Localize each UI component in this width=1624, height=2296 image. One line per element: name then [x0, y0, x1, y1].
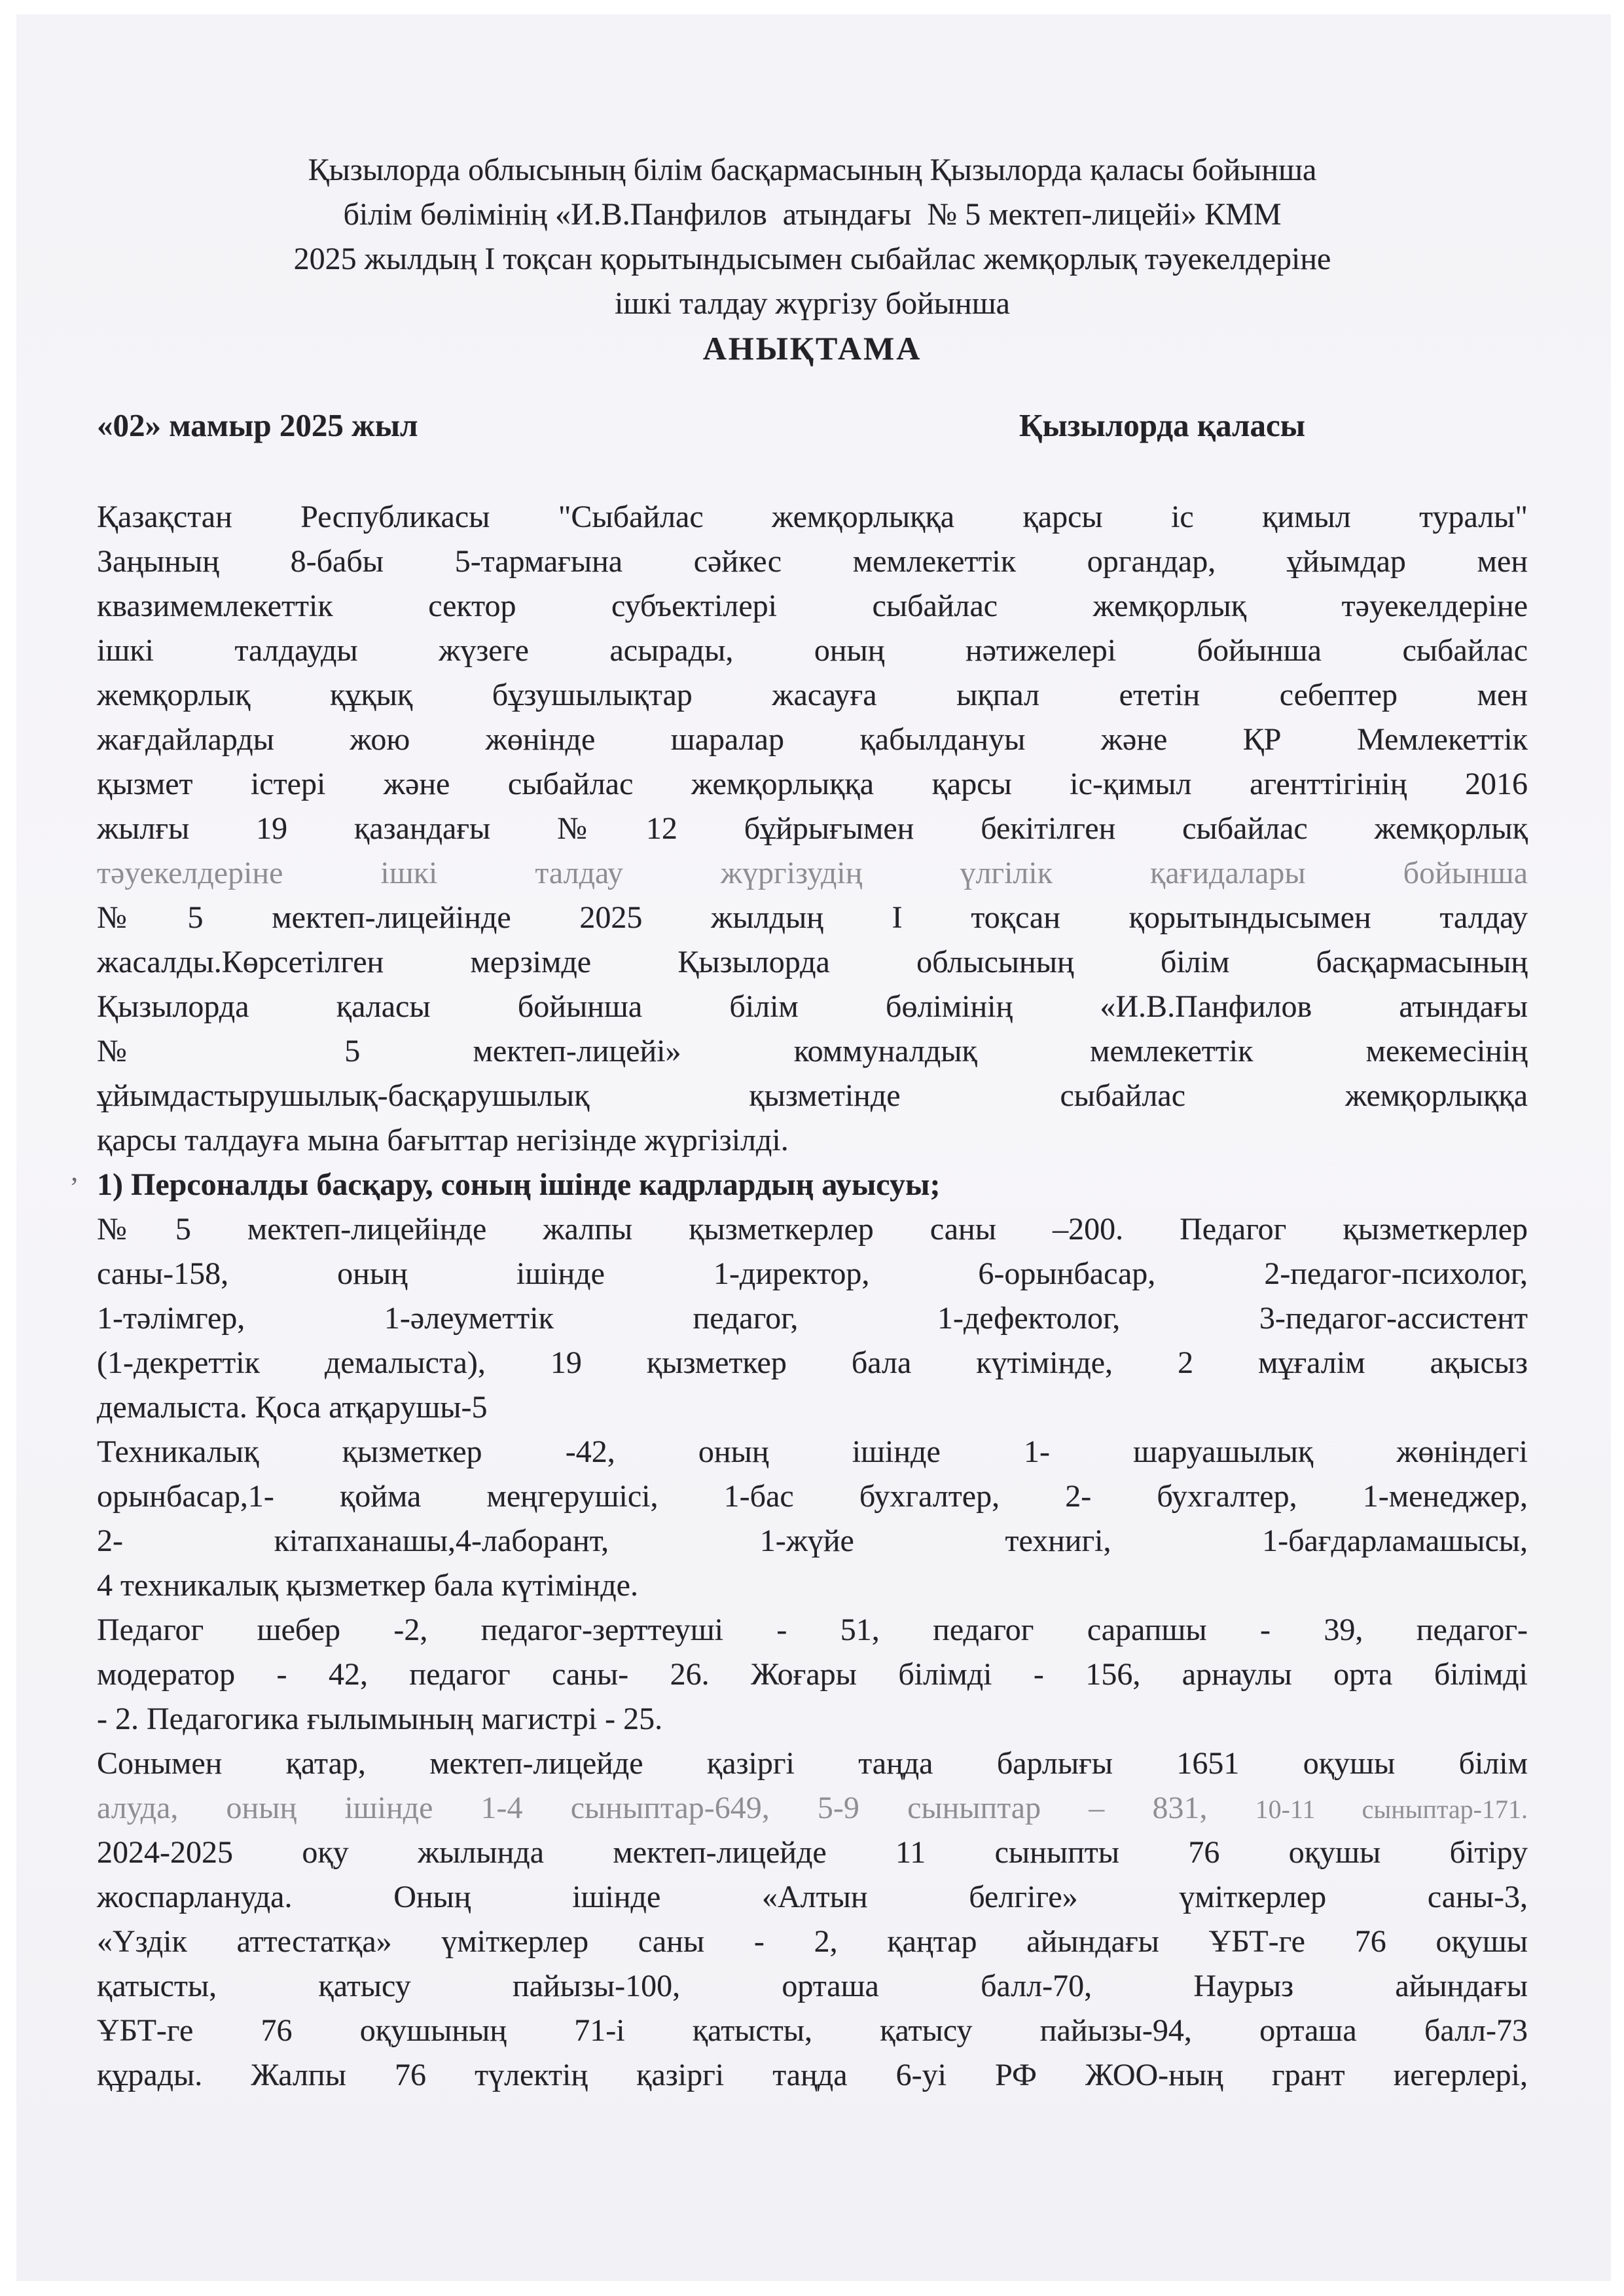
body-line: Заңының 8-бабы 5-тармағына сәйкес мемлек… [97, 539, 1528, 584]
body-line: 4 техникалық қызметкер бала күтімінде. [97, 1563, 1528, 1608]
paragraph-students: Сонымен қатар, мектеп-лицейде қазіргі та… [97, 1741, 1528, 2098]
body-line: квазимемлекеттік сектор субъектілері сыб… [97, 584, 1528, 629]
title-line: 2025 жылдың I тоқсан қорытындысымен сыба… [97, 237, 1528, 282]
body-line: - 2. Педагогика ғылымының магистрі - 25. [97, 1697, 1528, 1741]
body-line: Техникалық қызметкер -42, оның ішінде 1-… [97, 1430, 1528, 1474]
scanned-document-page: { "header": { "title_lines": [ "Қызылорд… [0, 0, 1624, 2296]
body-line: ҰБТ-ге 76 оқушының 71-і қатысты, қатысу … [97, 2009, 1528, 2053]
paragraph-legal-basis: Қазақстан Республикасы "Сыбайлас жемқорл… [97, 495, 1528, 1163]
body-line: №5 мектеп-лицейінде жалпы қызметкерлер с… [97, 1207, 1528, 1252]
document-content: Қызылорда облысының білім басқармасының … [97, 148, 1528, 2098]
body-line: Қызылорда қаласы бойынша білім бөлімінің… [97, 985, 1528, 1029]
title-line: Қызылорда облысының білім басқармасының … [97, 148, 1528, 192]
body-line: ішкі талдауды жүзеге асырады, оның нәтиж… [97, 629, 1528, 673]
body-line: 2024-2025 оқу жылында мектеп-лицейде 11 … [97, 1831, 1528, 1875]
paragraph-technical-staff: Техникалық қызметкер -42, оның ішінде 1-… [97, 1430, 1528, 1608]
body-line-faded: алуда, оның ішінде 1-4 сыныптар-649, 5-9… [97, 1786, 1528, 1831]
body-line: жағдайларды жою жөнінде шаралар қабылдан… [97, 718, 1528, 762]
body-line-faded: тәуекелдеріне ішкі талдау жүргізудің үлг… [97, 851, 1528, 896]
body-line-fragment: алуда, оның ішінде 1-4 сыныптар-649, 5-9… [97, 1791, 1207, 1825]
body-line: орынбасар,1- қойма меңгерушісі, 1-бас бу… [97, 1474, 1528, 1519]
title-line: ішкі талдау жүргізу бойынша [97, 282, 1528, 326]
body-line-fragment-small: 10-11 сыныптар-171. [1255, 1795, 1528, 1824]
body-line: қызмет істері және сыбайлас жемқорлыққа … [97, 762, 1528, 807]
body-line: модератор - 42, педагог саны- 26. Жоғары… [97, 1652, 1528, 1697]
body-line: Сонымен қатар, мектеп-лицейде қазіргі та… [97, 1741, 1528, 1786]
body-line: қатысты, қатысу пайызы-100, орташа балл-… [97, 1964, 1528, 2009]
document-date: «02» мамыр 2025 жыл [97, 403, 418, 448]
body-line: №5 мектеп-лицейінде 2025 жылдың I тоқсан… [97, 896, 1528, 940]
body-line: 2- кітапханашы,4-лаборант, 1-жүйе техниг… [97, 1519, 1528, 1563]
document-city: Қызылорда қаласы [1019, 403, 1305, 448]
paragraph-staff-counts: №5 мектеп-лицейінде жалпы қызметкерлер с… [97, 1207, 1528, 1430]
paragraph-pedagog-categories: Педагог шебер -2, педагог-зерттеуші - 51… [97, 1608, 1528, 1741]
body-line: «Үздік аттестатқа» үміткерлер саны - 2, … [97, 1920, 1528, 1964]
body-line: (1-декреттік демалыста), 19 қызметкер ба… [97, 1341, 1528, 1385]
body-line: жемқорлық құқық бұзушылықтар жасауға ықп… [97, 673, 1528, 718]
body-line: Педагог шебер -2, педагог-зерттеуші - 51… [97, 1608, 1528, 1652]
document-body: Қазақстан Республикасы "Сыбайлас жемқорл… [97, 495, 1528, 2098]
body-line: құрады. Жалпы 76 түлектің қазіргі таңда … [97, 2053, 1528, 2098]
body-line: қарсы талдауға мына бағыттар негізінде ж… [97, 1118, 1528, 1163]
body-line: жоспарлануда. Оның ішінде «Алтын белгіге… [97, 1875, 1528, 1920]
document-title: АНЫҚТАМА [97, 326, 1528, 371]
section-heading-personnel: 1) Персоналды басқару, соның ішінде кадр… [97, 1163, 1528, 1207]
body-line: ұйымдастырушылық-басқарушылық қызметінде… [97, 1074, 1528, 1118]
body-line: Қазақстан Республикасы "Сыбайлас жемқорл… [97, 495, 1528, 539]
date-city-row: «02» мамыр 2025 жыл Қызылорда қаласы [97, 403, 1528, 448]
body-line: № 5 мектеп-лицейі» коммуналдық мемлекетт… [97, 1029, 1528, 1074]
title-line: білім бөлімінің «И.В.Панфилов атындағы №… [97, 192, 1528, 237]
body-line: жасалды.Көрсетілген мерзімде Қызылорда о… [97, 940, 1528, 985]
body-line: саны-158, оның ішінде 1-директор, 6-орын… [97, 1252, 1528, 1296]
body-line: 1-тәлімгер, 1-әлеуметтік педагог, 1-дефе… [97, 1296, 1528, 1341]
body-line: демалыста. Қоса атқарушы-5 [97, 1385, 1528, 1430]
document-header: Қызылорда облысының білім басқармасының … [97, 148, 1528, 371]
stray-ink-mark: ’ [69, 1171, 79, 1204]
body-line: жылғы 19 қазандағы №12 бұйрығымен бекіті… [97, 807, 1528, 851]
